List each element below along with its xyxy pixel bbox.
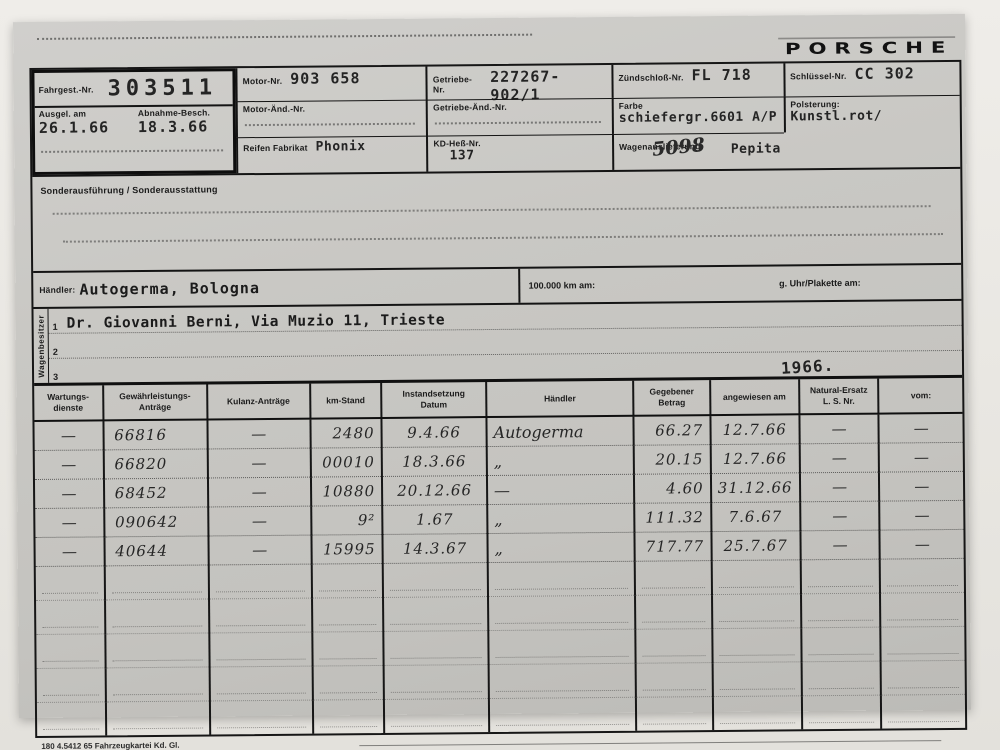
dotted-fill-line bbox=[719, 620, 794, 622]
dotted-fill-line bbox=[216, 591, 305, 593]
motor-value: 903 658 bbox=[290, 69, 360, 88]
table-cell: — bbox=[35, 537, 104, 567]
dotted-fill-line bbox=[888, 687, 959, 689]
sonder-label: Sonderausführung / Sonderausstattung bbox=[40, 184, 217, 196]
getriebe-aend-cell: Getriebe-Änd.-Nr. bbox=[426, 98, 612, 136]
abnahme-value: 18.3.66 bbox=[138, 117, 229, 136]
dotted-fill-line bbox=[216, 659, 305, 661]
table-empty-cell bbox=[36, 600, 105, 635]
table-empty-cell bbox=[312, 597, 384, 632]
dotted-fill-line bbox=[720, 722, 795, 724]
table-empty-cell bbox=[312, 665, 384, 700]
chassis-block: Fahrgest.-Nr. 303511 Ausgel. am 26.1.66 … bbox=[31, 68, 236, 175]
table-header-cell: Gegebener Betrag bbox=[634, 380, 710, 416]
table-empty-cell bbox=[210, 700, 313, 734]
owner-1-name: Dr. Giovanni Berni, Via Muzio 11, Triest… bbox=[67, 312, 446, 331]
table-empty-cell bbox=[802, 695, 882, 729]
table-cell: 15995 bbox=[311, 534, 383, 564]
dotted-fill-line bbox=[642, 587, 704, 589]
table-empty-cell bbox=[209, 666, 312, 701]
table-cell: — bbox=[879, 442, 963, 472]
table-cell: 4.60 bbox=[634, 474, 710, 504]
table-empty-cell bbox=[311, 563, 383, 598]
owners-section: Wagenbesitzer 1 Dr. Giovanni Berni, Via … bbox=[33, 301, 962, 386]
table-cell: — bbox=[35, 508, 104, 538]
table-cell: 66816 bbox=[103, 419, 207, 449]
table-empty-cell bbox=[881, 694, 965, 728]
table-cell: 717.77 bbox=[635, 532, 711, 562]
dotted-fill-line bbox=[889, 721, 960, 723]
sonder-dotted-line-2 bbox=[63, 233, 943, 243]
sonder-dotted-line-1 bbox=[53, 205, 931, 215]
table-empty-cell bbox=[36, 566, 105, 601]
dotted-fill-line bbox=[42, 592, 98, 593]
ausgel-value: 26.1.66 bbox=[39, 118, 130, 137]
owner-3-number: 3 bbox=[53, 372, 67, 382]
motor-aend-cell: Motor-Änd.-Nr. bbox=[236, 100, 427, 138]
dotted-fill-line bbox=[319, 658, 376, 660]
polsterung-value2: Pepita bbox=[731, 141, 781, 156]
table-empty-cell bbox=[801, 627, 881, 662]
dotted-fill-line bbox=[719, 654, 794, 656]
km-100000-label: 100.000 km am: bbox=[521, 278, 780, 290]
motor-nr-cell: Motor-Nr. 903 658 bbox=[236, 67, 427, 102]
table-empty-cell bbox=[37, 702, 106, 736]
table-cell: 40644 bbox=[104, 536, 208, 566]
owner-1-number: 1 bbox=[53, 322, 67, 332]
table-header-cell: Kulanz-Anträge bbox=[207, 384, 310, 420]
table-cell: — bbox=[487, 474, 635, 504]
dotted-fill-line bbox=[643, 621, 705, 623]
vehicle-form: Fahrgest.-Nr. 303511 Ausgel. am 26.1.66 … bbox=[29, 60, 967, 738]
table-cell: 10880 bbox=[311, 476, 383, 506]
table-header-cell: Instandsetzung Datum bbox=[381, 382, 486, 418]
table-cell: 7.6.67 bbox=[711, 502, 800, 532]
table-empty-cell bbox=[104, 565, 208, 600]
table-cell: 66.27 bbox=[634, 415, 710, 445]
wagenauslieferung-cell: Wagenauslieferung 5098 Pepita bbox=[612, 132, 784, 169]
dotted-fill-line bbox=[112, 592, 202, 594]
fahrgest-value: 303511 bbox=[107, 75, 217, 101]
table-cell: 9² bbox=[311, 505, 383, 535]
table-cell: 00010 bbox=[310, 447, 382, 477]
table-cell: — bbox=[34, 420, 103, 450]
motor-aend-label: Motor-Änd.-Nr. bbox=[243, 103, 421, 115]
table-cell: — bbox=[207, 448, 310, 478]
dotted-fill-line bbox=[42, 626, 98, 627]
reifen-value: Phonix bbox=[316, 139, 366, 154]
table-empty-cell bbox=[635, 595, 711, 630]
table-cell: „ bbox=[487, 532, 635, 562]
table-cell: 2480 bbox=[310, 418, 382, 448]
table-empty-cell bbox=[313, 699, 385, 733]
table-cell: 1.67 bbox=[382, 505, 487, 535]
polsterung-cell: Polsterung: Kunstl.rot/ bbox=[783, 95, 960, 133]
table-empty-cell bbox=[37, 668, 106, 703]
table-empty-cell bbox=[384, 699, 489, 733]
kd-value: 137 bbox=[449, 147, 607, 163]
table-header-cell: Gewährleistungs- Anträge bbox=[103, 384, 207, 420]
haendler-value: Autogerma, Bologna bbox=[79, 279, 260, 299]
dotted-fill-line bbox=[391, 691, 482, 693]
table-cell: 68452 bbox=[104, 478, 208, 508]
table-cell: 090642 bbox=[104, 507, 208, 537]
year-stamp: 1966. bbox=[780, 356, 834, 378]
table-cell: 14.3.67 bbox=[383, 534, 488, 564]
table-empty-cell bbox=[36, 634, 105, 669]
table-empty-cell bbox=[636, 697, 712, 731]
table-empty-cell bbox=[712, 594, 801, 629]
card-top-strip: PORSCHE bbox=[13, 14, 965, 68]
table-cell: 20.15 bbox=[634, 445, 710, 475]
table-cell: — bbox=[880, 500, 964, 530]
dotted-fill-line bbox=[43, 660, 99, 661]
dotted-fill-line bbox=[809, 722, 875, 724]
footer-print-code: 180 4.5412 65 Fahrzeugkartei Kd. Gl. bbox=[41, 741, 179, 750]
table-empty-cell bbox=[489, 697, 637, 732]
table-empty-cell bbox=[488, 561, 636, 596]
table-cell: — bbox=[879, 471, 963, 501]
table-cell: — bbox=[207, 419, 310, 449]
dotted-fill-line bbox=[496, 690, 630, 692]
table-empty-cell bbox=[209, 598, 312, 633]
table-empty-cell bbox=[712, 696, 801, 730]
dotted-fill-line bbox=[113, 694, 203, 696]
table-cell: 20.12.66 bbox=[382, 476, 487, 506]
table-cell: Autogerma bbox=[486, 416, 634, 447]
table-cell: — bbox=[800, 530, 880, 560]
dotted-fill-line bbox=[808, 654, 874, 656]
table-empty-cell bbox=[880, 592, 964, 627]
sonderausstattung-section: Sonderausführung / Sonderausstattung bbox=[32, 169, 961, 273]
fahrgest-label: Fahrgest.-Nr. bbox=[39, 84, 94, 94]
top-dotted-line bbox=[37, 34, 532, 40]
table-cell: — bbox=[35, 479, 104, 509]
table-cell: — bbox=[879, 413, 963, 443]
table-cell: „ bbox=[487, 503, 635, 533]
getriebe-label: Getriebe-Nr. bbox=[433, 74, 483, 94]
table-cell: — bbox=[799, 443, 879, 473]
schluessel-label: Schlüssel-Nr. bbox=[790, 71, 847, 81]
table-header-cell: km-Stand bbox=[310, 383, 382, 419]
table-empty-cell bbox=[881, 626, 965, 661]
table-cell: — bbox=[208, 506, 311, 536]
dotted-fill-line bbox=[43, 728, 99, 729]
table-cell: — bbox=[208, 535, 311, 565]
dotted-fill-line bbox=[888, 619, 959, 621]
dotted-fill-line bbox=[216, 625, 305, 627]
table-cell: 66820 bbox=[103, 449, 207, 479]
table-empty-cell bbox=[105, 667, 209, 702]
table-empty-cell bbox=[712, 662, 801, 697]
table-empty-cell bbox=[800, 559, 880, 594]
zuendschloss-value: FL 718 bbox=[692, 66, 752, 85]
dotted-fill-line bbox=[808, 586, 874, 588]
table-empty-cell bbox=[712, 628, 801, 663]
farbe-cell: Farbe schiefergr.6601 A/P bbox=[612, 96, 784, 133]
table-cell: 111.32 bbox=[635, 503, 711, 533]
table-empty-cell bbox=[208, 564, 311, 599]
dotted-fill-line bbox=[319, 692, 376, 694]
table-cell: 9.4.66 bbox=[381, 417, 486, 447]
getriebe-aend-label: Getriebe-Änd.-Nr. bbox=[433, 101, 607, 113]
service-table: Wartungs- diensteGewährleistungs- Anträg… bbox=[34, 378, 965, 736]
dotted-fill-line bbox=[320, 726, 377, 728]
dotted-fill-line bbox=[643, 689, 705, 691]
table-header-cell: angewiesen am bbox=[710, 379, 799, 415]
dotted-fill-line bbox=[495, 588, 629, 590]
dotted-fill-line bbox=[808, 620, 874, 622]
table-empty-cell bbox=[636, 629, 712, 664]
table-empty-row bbox=[37, 694, 965, 736]
dotted-fill-line bbox=[643, 655, 705, 657]
table-cell: 18.3.66 bbox=[382, 447, 487, 477]
dotted-fill-line bbox=[43, 694, 99, 695]
dotted-fill-line bbox=[495, 622, 629, 624]
table-empty-cell bbox=[636, 663, 712, 698]
dotted-fill-line bbox=[496, 724, 630, 726]
dotted-fill-line bbox=[391, 657, 482, 659]
motor-label: Motor-Nr. bbox=[243, 76, 283, 86]
table-cell: 12.7.66 bbox=[710, 414, 799, 444]
dotted-fill-line bbox=[319, 624, 376, 626]
dotted-fill-line bbox=[718, 586, 793, 588]
table-empty-cell bbox=[106, 701, 210, 735]
table-header-cell: Händler bbox=[486, 381, 634, 417]
table-cell: 25.7.67 bbox=[711, 531, 800, 561]
dotted-fill-line bbox=[644, 723, 706, 725]
schluessel-value: CC 302 bbox=[855, 64, 915, 83]
getriebe-nr-cell: Getriebe-Nr. 227267-902/1 bbox=[426, 65, 612, 100]
table-header-cell: vom: bbox=[879, 378, 963, 414]
dotted-fill-line bbox=[113, 728, 203, 730]
table-empty-cell bbox=[881, 660, 965, 695]
table-cell: 31.12.66 bbox=[710, 473, 799, 503]
photo-background: PORSCHE Fahrgest.-Nr. 303511 Ausgel. am … bbox=[0, 0, 1000, 750]
wagenbesitzer-side-label: Wagenbesitzer bbox=[33, 309, 49, 383]
zuendschloss-cell: Zündschloß-Nr. FL 718 bbox=[611, 63, 783, 97]
table-empty-cell bbox=[105, 633, 209, 668]
schluessel-cell: Schlüssel-Nr. CC 302 bbox=[783, 62, 960, 97]
dotted-fill-line bbox=[888, 653, 959, 655]
table-cell: — bbox=[800, 472, 880, 502]
dotted-fill-line bbox=[319, 590, 376, 592]
table-empty-cell bbox=[312, 631, 384, 666]
dotted-fill-line bbox=[390, 623, 481, 625]
farbe-value: schiefergr.6601 A/P bbox=[619, 109, 779, 125]
table-empty-cell bbox=[383, 563, 488, 598]
table-empty-cell bbox=[209, 632, 312, 667]
dotted-fill-line bbox=[719, 688, 794, 690]
table-empty-cell bbox=[488, 629, 636, 664]
table-header-cell: Natural-Ersatz L. S. Nr. bbox=[799, 379, 879, 415]
table-empty-cell bbox=[801, 661, 881, 696]
wagenauslieferung-value: 5098 bbox=[651, 134, 706, 161]
table-empty-cell bbox=[488, 595, 636, 630]
table-empty-cell bbox=[105, 599, 209, 634]
table-empty-cell bbox=[384, 665, 489, 700]
dotted-fill-line bbox=[808, 688, 874, 690]
table-cell: — bbox=[35, 450, 104, 480]
dotted-fill-line bbox=[217, 727, 306, 729]
identification-block: Fahrgest.-Nr. 303511 Ausgel. am 26.1.66 … bbox=[31, 62, 960, 177]
dotted-fill-line bbox=[887, 585, 958, 587]
table-cell: — bbox=[800, 501, 880, 531]
uhr-plakette-label: g. Uhr/Plakette am: bbox=[779, 277, 961, 289]
chassis-dotted-area bbox=[35, 139, 233, 172]
owner-2-number: 2 bbox=[53, 347, 67, 357]
table-empty-cell bbox=[383, 597, 488, 632]
zuendschloss-label: Zündschloß-Nr. bbox=[618, 72, 683, 83]
table-cell: — bbox=[208, 477, 311, 507]
table-empty-cell bbox=[635, 561, 711, 596]
table-header-cell: Wartungs- dienste bbox=[34, 385, 103, 421]
table-cell: — bbox=[880, 529, 964, 559]
table-empty-cell bbox=[489, 663, 637, 698]
table-cell: 12.7.66 bbox=[710, 444, 799, 474]
table-empty-cell bbox=[880, 558, 964, 593]
table-cell: — bbox=[799, 414, 879, 444]
kd-hess-cell: KD-Heß-Nr. 137 bbox=[426, 134, 612, 172]
record-card: PORSCHE Fahrgest.-Nr. 303511 Ausgel. am … bbox=[13, 14, 971, 718]
dotted-fill-line bbox=[216, 693, 305, 695]
reifen-cell: Reifen Fabrikat Phonix bbox=[236, 136, 427, 174]
dotted-fill-line bbox=[495, 656, 629, 658]
table-cell: „ bbox=[487, 445, 635, 475]
footer-rule bbox=[360, 740, 942, 746]
dotted-fill-line bbox=[391, 725, 482, 727]
dotted-fill-line bbox=[112, 626, 202, 628]
dotted-fill-line bbox=[112, 660, 202, 662]
table-empty-cell bbox=[383, 631, 488, 666]
table-empty-cell bbox=[801, 593, 881, 628]
porsche-logo: PORSCHE bbox=[778, 36, 955, 58]
dotted-fill-line bbox=[390, 589, 481, 591]
table-empty-cell bbox=[711, 560, 800, 595]
haendler-label: Händler: bbox=[39, 285, 75, 295]
polsterung-value: Kunstl.rot/ bbox=[790, 108, 954, 124]
reifen-label: Reifen Fabrikat bbox=[243, 143, 307, 154]
